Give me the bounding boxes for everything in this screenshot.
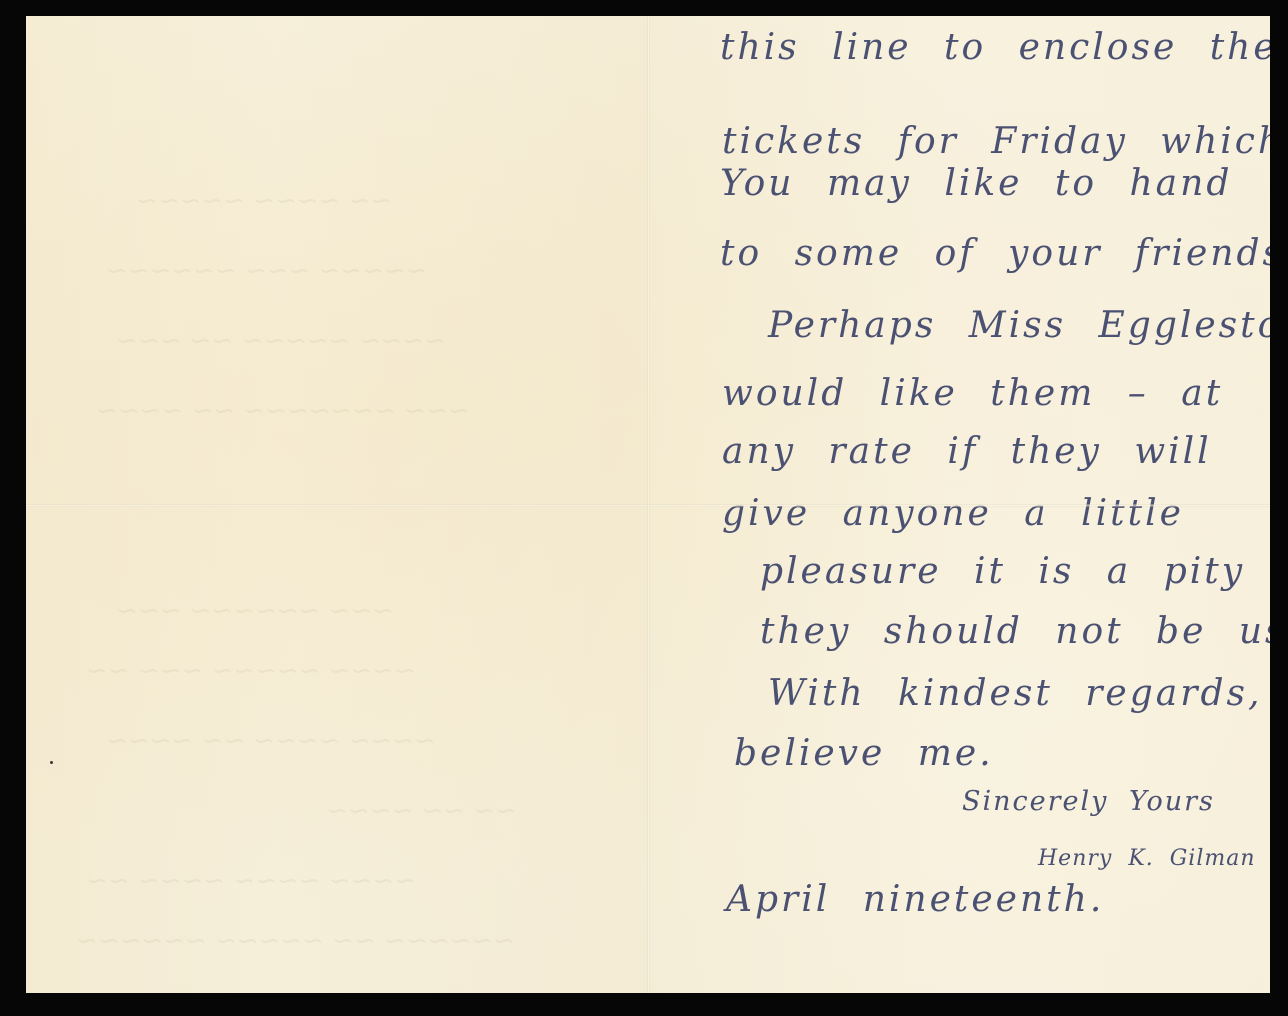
bleed-through-text: ~~ ~~ ~~~~ [326,796,517,826]
signature: Henry K. Gilman [1038,848,1256,870]
letter-line-3: You may like to hand [720,166,1232,202]
bleed-through-text: ~~ ~~~~ ~~~~~ [136,186,392,216]
letter-line-10: they should not be used. [760,614,1270,650]
bleed-through-text: ~~~~~ ~~~ ~~~~~~ [106,256,428,286]
ink-speck [50,761,53,764]
bleed-through-text: ~~~~ ~~~~ ~~~~ ~~ [86,866,416,896]
date-line: April nineteenth. [726,882,1104,918]
letter-line-6: would like them – at [722,376,1223,412]
bleed-through-text: ~~~ ~~~~~~~ ~~ ~~~~ [96,396,469,426]
letter-line-11: With kindest regards, [768,676,1262,712]
bleed-through-text: ~~~ ~~~~~~ ~~~ [116,596,394,626]
letter-line-9: pleasure it is a pity [760,554,1245,590]
bleed-through-text: ~~~~ ~~~~ ~~ ~~~~ [106,726,436,756]
letter-line-12: believe me. [734,736,994,772]
letter-line-5: Perhaps Miss Eggleston [768,308,1270,344]
scanned-letter: ~~ ~~~~ ~~~~~ ~~~~~ ~~~ ~~~~~~ ~~~~ ~~~~… [0,0,1288,1016]
letter-line-8: give anyone a little [722,496,1184,532]
letter-line-2: tickets for Friday which [722,124,1270,160]
closing-line: Sincerely Yours [962,788,1215,815]
horizontal-fold [26,504,1270,507]
letter-line-7: any rate if they will [722,434,1212,470]
letter-line-4: to some of your friends. [720,236,1270,272]
bleed-through-text: ~~~~~~ ~~ ~~~~~ ~~~~~~ [76,926,515,956]
bleed-through-text: ~~~~ ~~~~~ ~~ ~~~ [116,326,446,356]
letter-sheet: ~~ ~~~~ ~~~~~ ~~~~~ ~~~ ~~~~~~ ~~~~ ~~~~… [26,16,1270,993]
letter-line-1: this line to enclose the [720,30,1270,66]
bleed-through-text: ~~~~ ~~~~~ ~~~ ~~ [86,656,416,686]
